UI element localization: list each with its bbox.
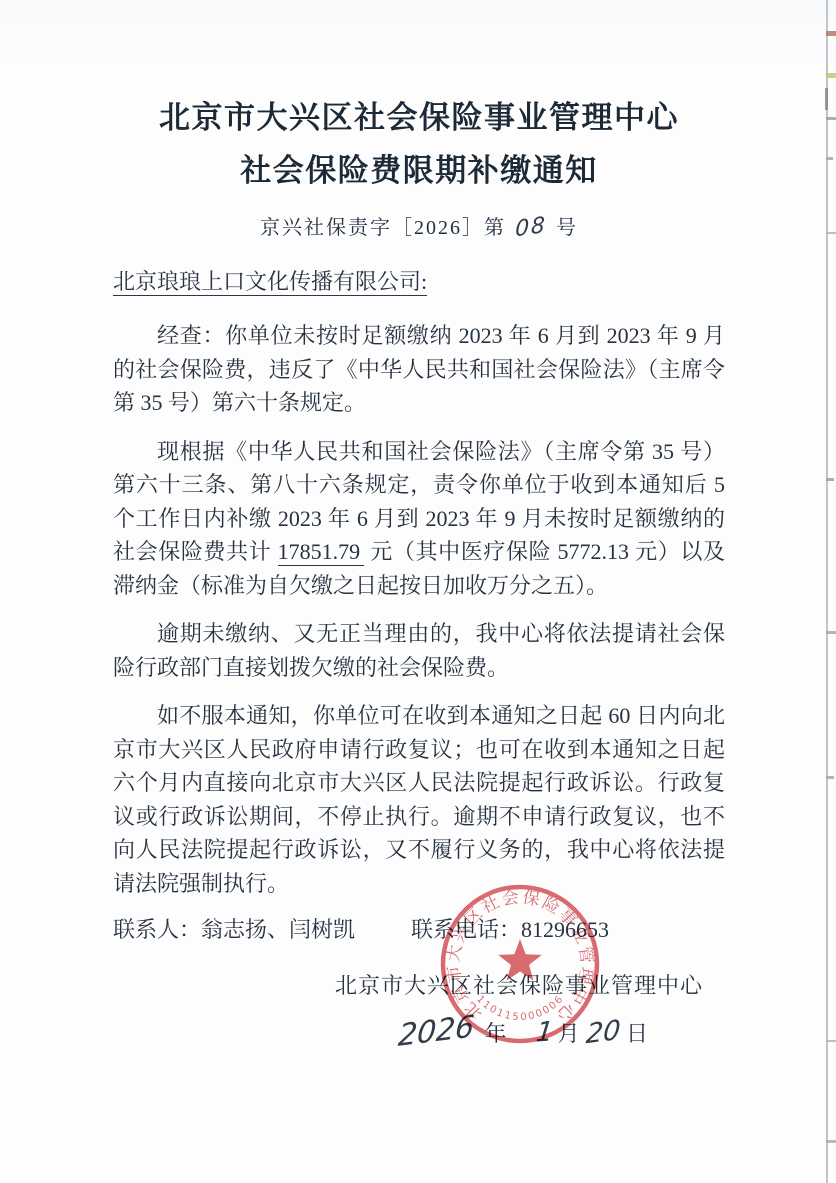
contact-person-names: 翁志扬、闫树凯	[201, 917, 355, 942]
scan-tick	[826, 631, 836, 634]
date-day-handwritten: 20	[584, 1014, 621, 1053]
document-number-handwritten: 08	[515, 211, 548, 246]
scan-edge-line	[826, 0, 828, 1183]
date-year-handwritten: 2026	[397, 1010, 476, 1054]
paragraph-order: 现根据《中华人民共和国社会保险法》（主席令第 35 号）第六十三条、第八十六条规…	[113, 435, 725, 603]
contact-phone-label: 联系电话：	[411, 917, 521, 942]
paragraph-enforcement: 逾期未缴纳、又无正当理由的，我中心将依法提请社会保险行政部门直接划拨欠缴的社会保…	[113, 617, 725, 684]
paragraph-findings: 经查：你单位未按时足额缴纳 2023 年 6 月到 2023 年 9 月的社会保…	[113, 319, 725, 420]
body-paragraphs: 经查：你单位未按时足额缴纳 2023 年 6 月到 2023 年 9 月的社会保…	[113, 319, 725, 900]
date-year-unit: 年	[484, 1017, 506, 1051]
contact-person: 联系人：翁志扬、闫树凯	[113, 915, 355, 945]
scan-tick	[826, 31, 836, 36]
scan-tick	[826, 776, 834, 779]
date-month-unit: 月	[558, 1017, 580, 1051]
signature-date-line: 2026 年 1 月 20 日	[113, 1015, 725, 1051]
total-amount-underlined: 17851.79	[278, 539, 365, 566]
scanned-notice-page: 北京市大兴区社会保险事业管理中心 社会保险费限期补缴通知 京兴社保责字［2026…	[0, 0, 836, 1183]
signature-org-name: 北京市大兴区社会保险事业管理中心	[113, 971, 725, 1001]
scan-tick	[826, 1040, 836, 1042]
scan-tick	[826, 1140, 836, 1143]
addressee-company-name: 北京琅琅上口文化传播有限公司:	[113, 269, 427, 296]
document-title-org: 北京市大兴区社会保险事业管理中心	[113, 100, 725, 136]
contact-phone-number: 81296653	[521, 917, 609, 942]
scan-tick	[826, 478, 834, 481]
date-month-handwritten: 1	[535, 1015, 556, 1051]
contact-phone: 联系电话：81296653	[411, 915, 609, 945]
date-day-unit: 日	[626, 1017, 648, 1051]
document-number-line: 京兴社保责字［2026］第 08 号	[113, 213, 725, 243]
scan-tick	[826, 117, 836, 120]
contact-line: 联系人：翁志扬、闫树凯 联系电话：81296653	[113, 915, 725, 945]
contact-person-label: 联系人：	[113, 917, 201, 942]
document-title-subject: 社会保险费限期补缴通知	[113, 153, 725, 189]
addressee-line: 北京琅琅上口文化传播有限公司:	[113, 267, 725, 297]
scan-tick	[826, 73, 836, 78]
scan-edge-dark-segment	[825, 88, 828, 110]
scan-tick	[826, 232, 836, 234]
document-content: 北京市大兴区社会保险事业管理中心 社会保险费限期补缴通知 京兴社保责字［2026…	[113, 0, 725, 1051]
paragraph-appeal-rights: 如不服本通知，你单位可在收到本通知之日起 60 日内向北京市大兴区人民政府申请行…	[113, 699, 725, 900]
scan-tick	[826, 157, 833, 160]
document-number-suffix: 号	[556, 217, 578, 239]
document-number-prefix: 京兴社保责字［2026］第	[260, 217, 506, 239]
